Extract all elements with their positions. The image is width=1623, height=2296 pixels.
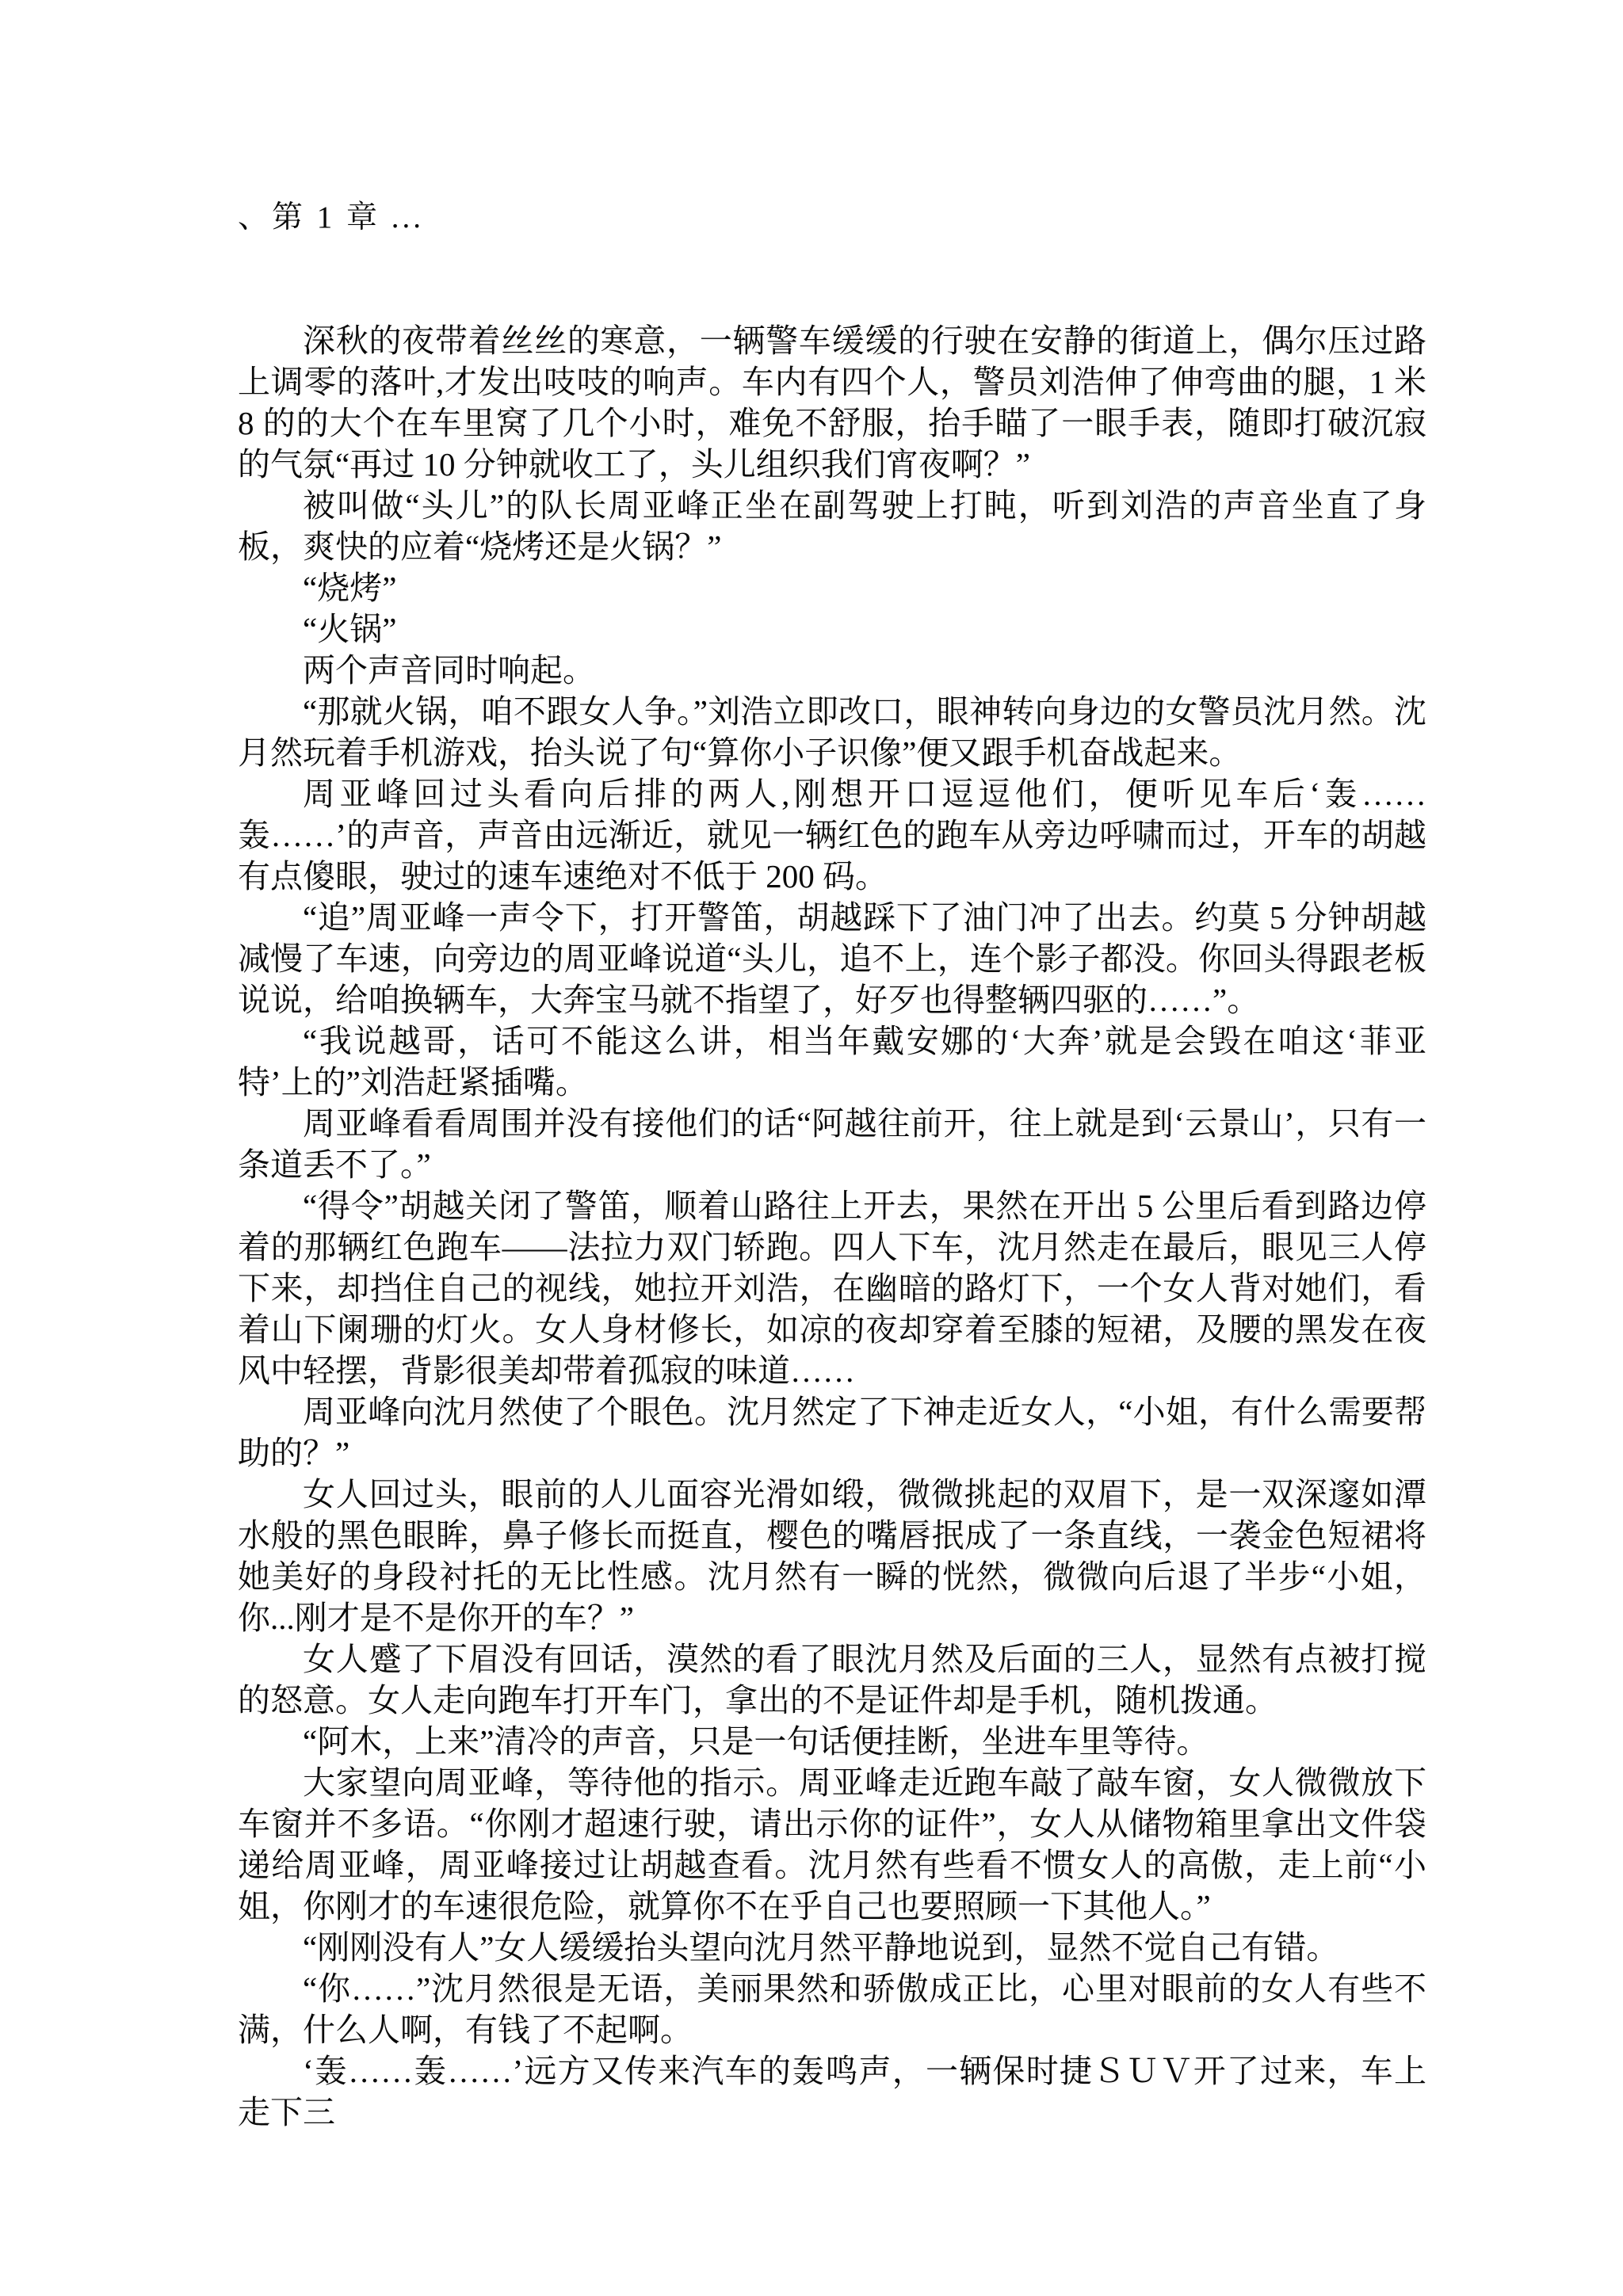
story-body: 深秋的夜带着丝丝的寒意，一辆警车缓缓的行驶在安静的街道上，偶尔压过路上调零的落叶… — [238, 320, 1426, 2133]
paragraph: “刚刚没有人”女人缓缓抬头望向沈月然平静地说到，显然不觉自己有错。 — [238, 1927, 1426, 1968]
document-page: 、第 1 章 ... 深秋的夜带着丝丝的寒意，一辆警车缓缓的行驶在安静的街道上，… — [0, 0, 1623, 2296]
paragraph: 两个声音同时响起。 — [238, 650, 1426, 691]
paragraph: 周亚峰向沈月然使了个眼色。沈月然定了下神走近女人，“小姐，有什么需要帮助的？” — [238, 1391, 1426, 1474]
paragraph: “得令”胡越关闭了警笛，顺着山路往上开去，果然在开出 5 公里后看到路边停着的那… — [238, 1185, 1426, 1391]
paragraph: 女人蹙了下眉没有回话，漠然的看了眼沈月然及后面的三人，显然有点被打搅的怒意。女人… — [238, 1638, 1426, 1721]
paragraph: “追”周亚峰一声令下，打开警笛，胡越踩下了油门冲了出去。约莫 5 分钟胡越减慢了… — [238, 897, 1426, 1020]
paragraph: 被叫做“头儿”的队长周亚峰正坐在副驾驶上打盹，听到刘浩的声音坐直了身板，爽快的应… — [238, 485, 1426, 567]
paragraph: 深秋的夜带着丝丝的寒意，一辆警车缓缓的行驶在安静的街道上，偶尔压过路上调零的落叶… — [238, 320, 1426, 485]
paragraph: 大家望向周亚峰，等待他的指示。周亚峰走近跑车敲了敲车窗，女人微微放下车窗并不多语… — [238, 1762, 1426, 1927]
paragraph: “火锅” — [238, 608, 1426, 650]
paragraph: 周亚峰回过头看向后排的两人,刚想开口逗逗他们，便听见车后‘轰……轰……’的声音，… — [238, 773, 1426, 897]
chapter-heading: 、第 1 章 ... — [238, 200, 1426, 236]
paragraph: 周亚峰看看周围并没有接他们的话“阿越往前开，往上就是到‘云景山’，只有一条道丢不… — [238, 1103, 1426, 1185]
paragraph: “你……”沈月然很是无语，美丽果然和骄傲成正比，心里对眼前的女人有些不满，什么人… — [238, 1968, 1426, 2050]
paragraph: “阿木，上来”清冷的声音，只是一句话便挂断，坐进车里等待。 — [238, 1721, 1426, 1762]
paragraph: “我说越哥，话可不能这么讲，相当年戴安娜的‘大奔’就是会毁在咱这‘菲亚特’上的”… — [238, 1020, 1426, 1103]
paragraph: 女人回过头，眼前的人儿面容光滑如缎，微微挑起的双眉下，是一双深邃如潭水般的黑色眼… — [238, 1474, 1426, 1638]
paragraph: “那就火锅，咱不跟女人争。”刘浩立即改口，眼神转向身边的女警员沈月然。沈月然玩着… — [238, 691, 1426, 773]
paragraph: ‘轰……轰……’远方又传来汽车的轰鸣声，一辆保时捷ＳＵＶ开了过来，车上走下三 — [238, 2050, 1426, 2133]
paragraph: “烧烤” — [238, 567, 1426, 608]
